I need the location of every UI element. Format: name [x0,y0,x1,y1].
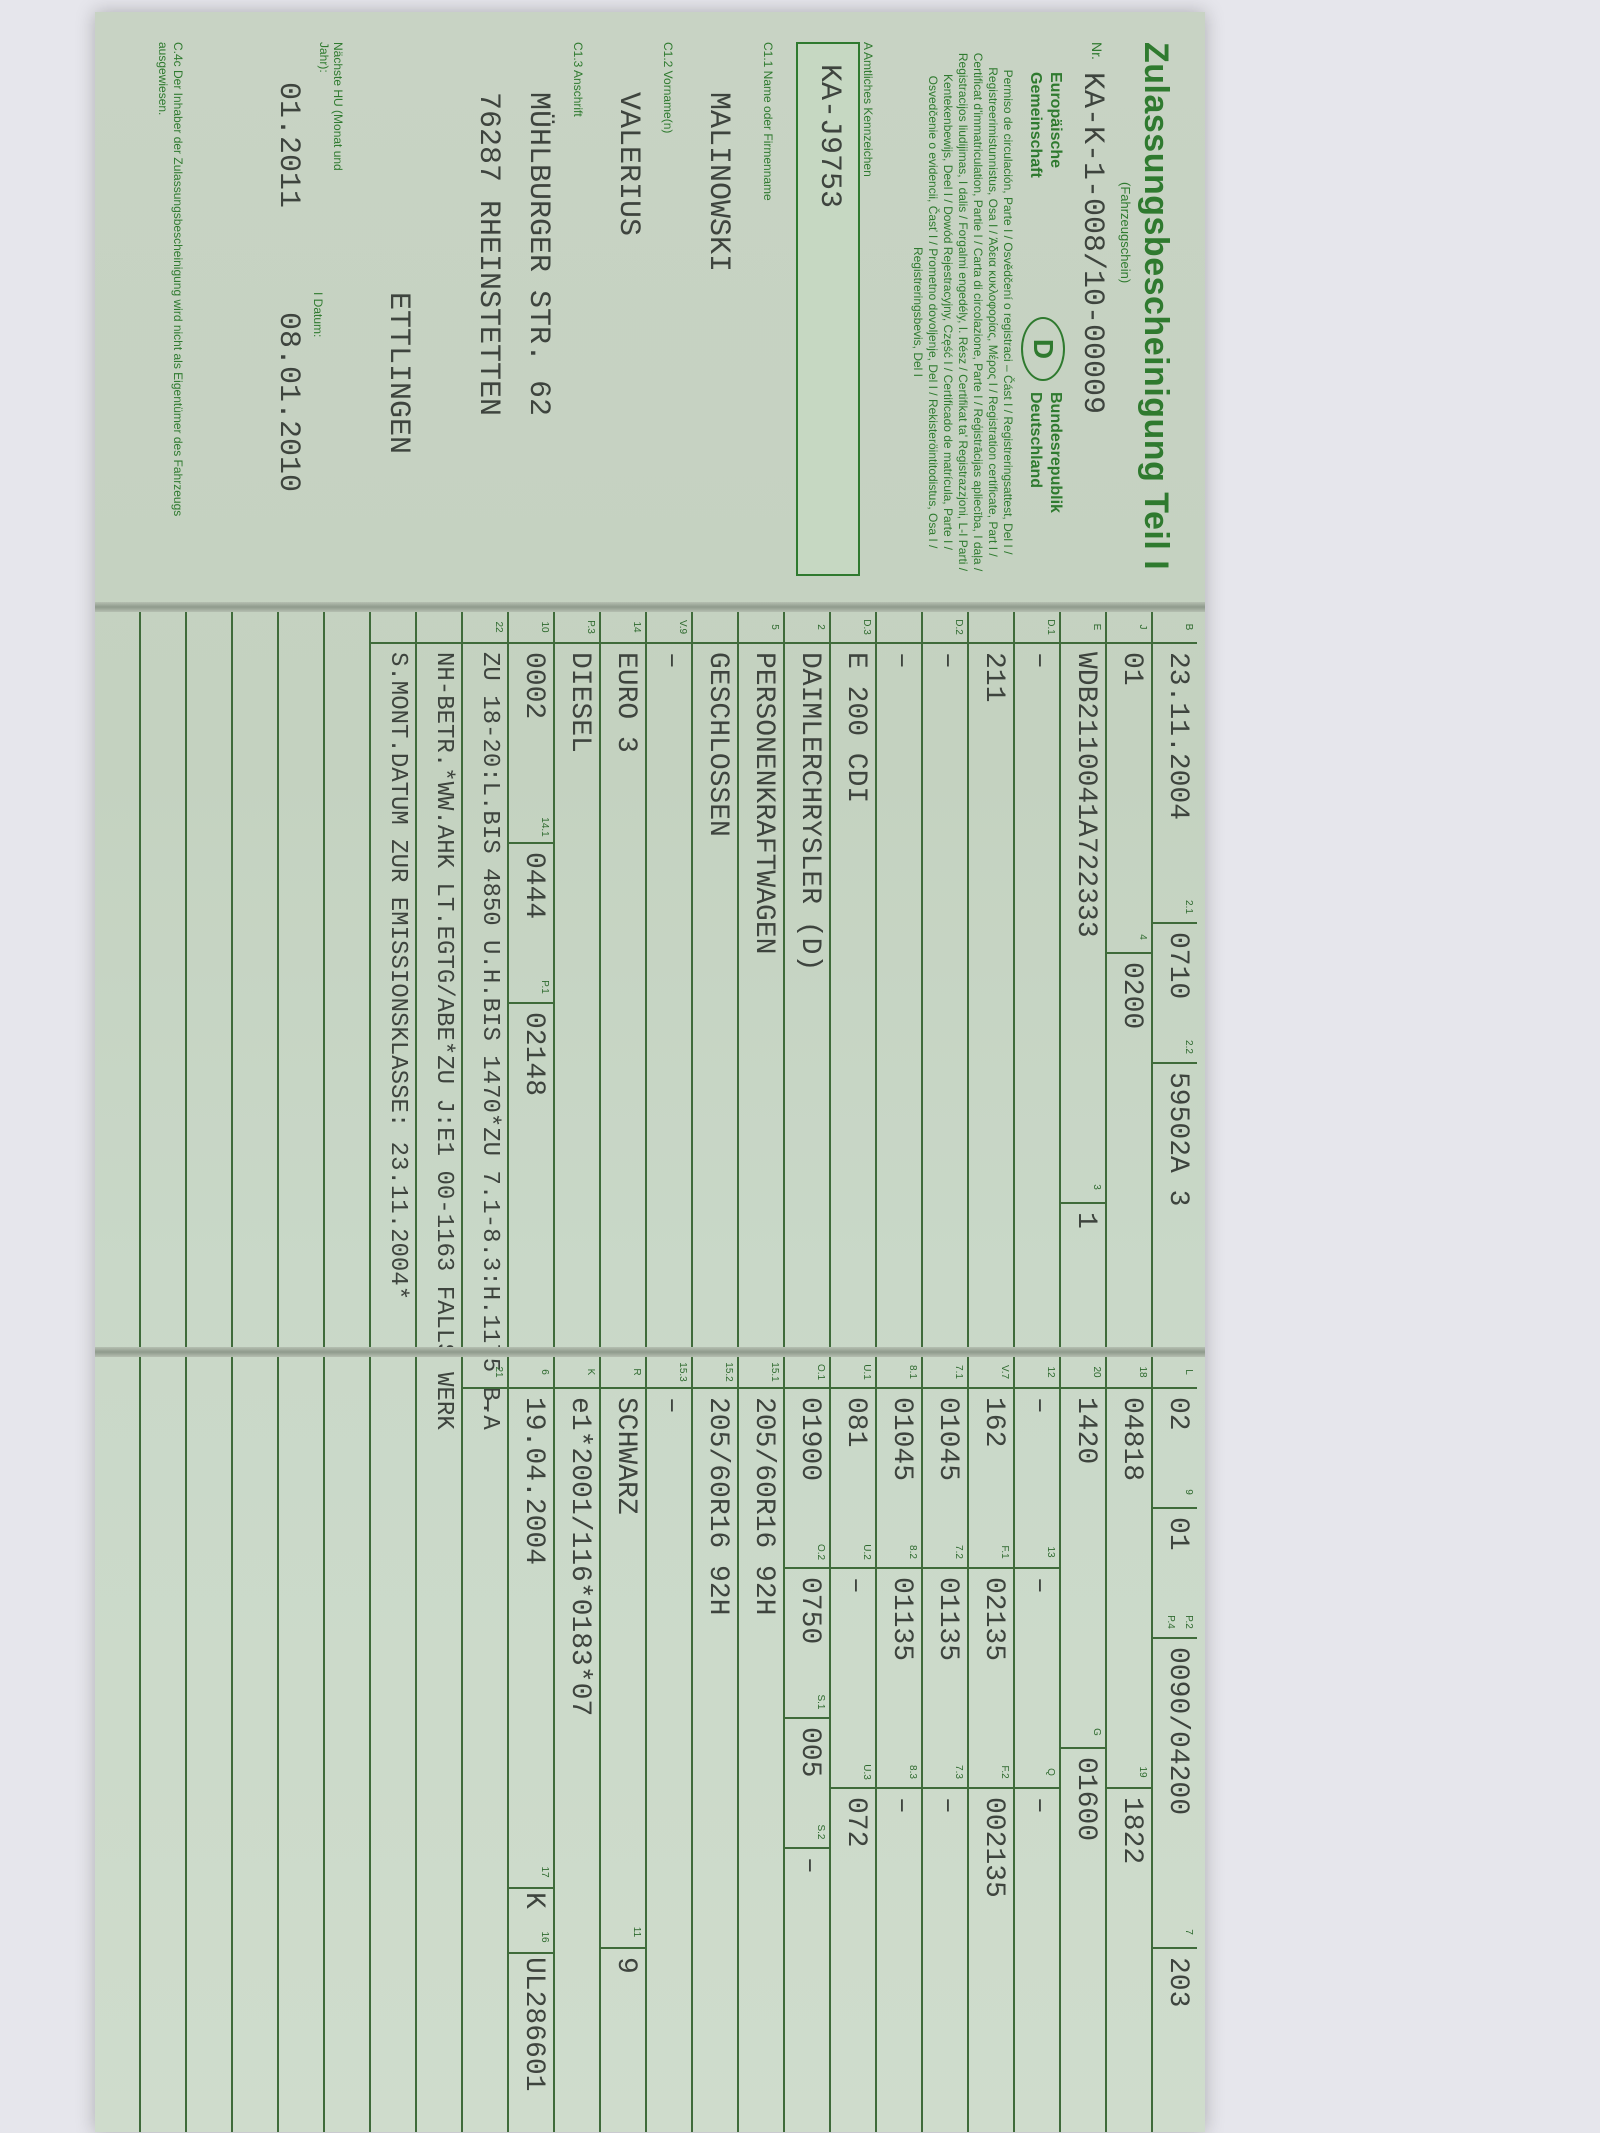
address-line-2: 76287 RHEINSTETTEN [471,92,505,416]
empty-row [323,612,369,1347]
field-row: 619.04.200417K16UL286601 [507,1357,553,2132]
field-value: – [794,1857,825,1874]
holder-firstname: VALERIUS [611,92,645,236]
fold-line [95,1347,1205,1357]
fold-line [95,602,1205,612]
field-row: – [875,612,921,1347]
field-row: 1804818191822 [1105,1357,1151,2132]
field-code: 14 [601,612,645,644]
issuer-country-line: Deutschland [1025,392,1045,513]
field-row: 15.3– [645,1357,691,2132]
field-value: 01045 [886,1397,917,1481]
plate-box: KA-J9753 [796,42,860,576]
field-row: D.2– [921,612,967,1347]
address-line-1: MÜHLBURGER STR. 62 [521,92,555,416]
field-code [417,612,461,644]
field-value: e1*2001/116*0183*07 [564,1397,595,1716]
field-row: 5PERSONENKRAFTWAGEN [737,612,783,1347]
field-code: 16 [509,1922,553,1954]
field-value: 01 [1116,652,1147,686]
field-code: U.1 [831,1357,875,1389]
field-row: 7.1010457.2011357.3– [921,1357,967,2132]
field-row: P.3DIESEL [553,612,599,1347]
document-subtitle: (Fahrzeugschein) [1118,182,1133,283]
field-code: 14.1 [509,812,553,844]
field-value: DIESEL [564,652,595,753]
field-code: Q [1015,1757,1059,1789]
field-value: 211 [978,652,1009,702]
field-code: 7.3 [923,1757,967,1789]
field-row: J0140200 [1105,612,1151,1347]
field-value: – [656,652,687,669]
field-code: 18 [1107,1357,1151,1389]
field-row: 10000214.10444P.102148 [507,612,553,1347]
field-code: 19 [1107,1757,1151,1789]
field-value: WDB2110041A722333 [1070,652,1101,938]
issue-date: 08.01.2010 [271,312,305,492]
country-emblem-icon: D [1021,317,1065,381]
date-label: I Datum: [311,292,325,337]
empty-row [139,1357,185,2132]
field-value: 1420 [1070,1397,1101,1464]
field-code: 7.2 [923,1537,967,1569]
field-value: – [1024,1397,1055,1414]
document-number: KA-K-1-008/10-00009 [1075,72,1109,414]
field-value: 0200 [1116,962,1147,1029]
field-value: 1 [1070,1212,1101,1229]
field-value: – [886,652,917,669]
field-row: 2DAIMLERCHRYSLER (D) [783,612,829,1347]
address-label: C1.3 Anschrift [571,42,585,117]
field-code: V.7 [969,1357,1013,1389]
field-code: F.2 [969,1757,1013,1789]
field-row: RSCHWARZ119 [599,1357,645,2132]
empty-row [277,612,323,1347]
field-code: 8.3 [877,1757,921,1789]
field-value: 0750 [794,1577,825,1644]
field-row: 15.1205/60R16 92H [737,1357,783,2132]
holder-name: MALINOWSKI [701,92,735,272]
field-value: 002135 [978,1797,1009,1898]
remarks-line: NH-BETR.*WW.AHK LT.EGTG/ABE*ZU J:E1 00-1… [430,652,457,1430]
field-row: D.3E 200 CDI [829,612,875,1347]
field-value: 01 [1162,1517,1193,1551]
field-row: V.7162F.102135F.2002135 [967,1357,1013,2132]
field-code [877,612,921,644]
field-value: 23.11.2004 [1162,652,1193,820]
field-code: 6 [509,1357,553,1389]
field-row: 8.1010458.2011358.3– [875,1357,921,2132]
field-row: 211 [967,612,1013,1347]
issuer-country: Bundesrepublik Deutschland [1025,392,1065,513]
field-code: 2 [785,612,829,644]
field-value: PERSONENKRAFTWAGEN [748,652,779,954]
plate-label: A Amtliches Kennzeichen [861,42,875,177]
field-row: EWDB2110041A72233331 [1059,612,1105,1347]
field-row: NH-BETR.*WW.AHK LT.EGTG/ABE*ZU J:E1 00-1… [415,612,461,1347]
field-value: – [886,1797,917,1814]
field-row: S.MONT.DATUM ZUR EMISSIONSKLASSE: 23.11.… [369,612,415,1347]
field-value: 203 [1162,1957,1193,2007]
field-value: – [1024,1797,1055,1814]
multilingual-title: Permiso de circulación, Parte I / Osvědč… [910,42,1015,582]
field-code: S.1 [785,1687,829,1719]
field-code: F.1 [969,1537,1013,1569]
issuer-eu-line: Europäische [1045,72,1065,178]
field-code: 12 [1015,1357,1059,1389]
field-value: 02 [1162,1397,1193,1431]
field-row: Ke1*2001/116*0183*07 [553,1357,599,2132]
field-code: 3 [1061,1172,1105,1204]
empty-row [231,612,277,1347]
field-value: 072 [840,1797,871,1847]
field-code [693,612,737,644]
document-title: Zulassungsbescheinigung Teil I [1136,42,1175,570]
field-value: 162 [978,1397,1009,1447]
license-plate: KA-J9753 [812,64,846,208]
field-row: GESCHLOSSEN [691,612,737,1347]
field-code [371,612,415,644]
owner-note: C.4c Der Inhaber der Zulassungsbescheini… [155,42,185,582]
field-code: 2.1 [1153,892,1197,924]
field-code: 2.2 [1153,1032,1197,1064]
empty-row [185,1357,231,2132]
empty-row [415,1357,461,2132]
field-code: 4 [1107,922,1151,954]
field-code: 15.1 [739,1357,783,1389]
field-code: 8.2 [877,1537,921,1569]
field-value: 01135 [886,1577,917,1661]
field-row: 15.2205/60R16 92H [691,1357,737,2132]
field-code: 8.1 [877,1357,921,1389]
number-label: Nr. [1089,42,1105,60]
field-code: G [1061,1717,1105,1749]
field-code [969,612,1013,644]
field-value: 19.04.2004 [518,1397,549,1565]
field-code: O.2 [785,1537,829,1569]
field-value: – [932,1797,963,1814]
field-value: – [656,1397,687,1414]
field-code: K [555,1357,599,1389]
field-value: – [1024,1577,1055,1594]
field-value: UL286601 [518,1957,549,2091]
field-code: V.9 [647,612,691,644]
field-row: 12–13–Q– [1013,1357,1059,2132]
field-row: B23.11.20042.107102.259502A 3 [1151,612,1197,1347]
field-row: O.101900O.20750S.1005S.2– [783,1357,829,2132]
next-hu: 01.2011 [271,82,305,208]
empty-row [369,1357,415,2132]
field-code: 17 [509,1857,553,1889]
field-value: EURO 3 [610,652,641,753]
technical-panel: L02901P.2 P.40090/042007203 180481819182… [95,1357,1205,2132]
empty-row [277,1357,323,2132]
field-code: P.3 [555,612,599,644]
field-value: – [1024,652,1055,669]
field-row: U.1081U.2–U.3072 [829,1357,875,2132]
issuer-eu-line: Gemeinschaft [1025,72,1045,178]
field-value: 01045 [932,1397,963,1481]
field-code: D.3 [831,612,875,644]
field-value: 9 [610,1957,641,1974]
field-row: V.9– [645,612,691,1347]
field-code: E [1061,612,1105,644]
field-row: 22ZU 18-20:L.BIS 4850 U.H.BIS 1470*ZU 7.… [461,612,507,1347]
field-code: 11 [601,1917,645,1949]
remarks-line: ZU 18-20:L.BIS 4850 U.H.BIS 1470*ZU 7.1-… [476,652,503,1430]
field-code: 21 [463,1357,507,1389]
field-code: S.2 [785,1817,829,1849]
field-code: 20 [1061,1357,1105,1389]
field-row: L02901P.2 P.40090/042007203 [1151,1357,1197,2132]
field-code: J [1107,612,1151,644]
field-value: 01600 [1070,1757,1101,1841]
field-value: 0444 [518,852,549,919]
field-code: R [601,1357,645,1389]
field-code: U.3 [831,1757,875,1789]
field-value: – [932,652,963,669]
vehicle-panel: B23.11.20042.107102.259502A 3 J0140200 E… [95,612,1205,1347]
field-row: 201420G01600 [1059,1357,1105,2132]
field-code: L [1153,1357,1197,1389]
field-value: 02148 [518,1012,549,1096]
field-value: DAIMLERCHRYSLER (D) [794,652,825,971]
field-value: 205/60R16 92H [748,1397,779,1615]
issuer-eu: Europäische Gemeinschaft [1025,72,1065,178]
field-code: B [1153,612,1197,644]
field-code: 5 [739,612,783,644]
field-code: 15.2 [693,1357,737,1389]
field-code: 13 [1015,1537,1059,1569]
field-value: SCHWARZ [610,1397,641,1515]
field-value: – [840,1577,871,1594]
field-code: 7.1 [923,1357,967,1389]
firstname-label: C1.2 Vorname(n) [661,42,675,133]
field-code: 22 [463,612,507,644]
holder-panel: Zulassungsbescheinigung Teil I (Fahrzeug… [95,12,1205,602]
field-value: 1822 [1116,1797,1147,1864]
field-code: O.1 [785,1357,829,1389]
field-value: 0710 [1162,932,1193,999]
field-code: 10 [509,612,553,644]
name-label: C1.1 Name oder Firmenname [761,42,775,201]
field-value: 04818 [1116,1397,1147,1481]
issuer-country-line: Bundesrepublik [1045,392,1065,513]
empty-row [323,1357,369,2132]
field-value: 205/60R16 92H [702,1397,733,1615]
field-value: 59502A 3 [1162,1072,1193,1206]
field-value: 0090/04200 [1162,1647,1193,1815]
field-row: 21– [461,1357,507,2132]
field-code: D.2 [923,612,967,644]
next-hu-label: Nächste HU (Monat und Jahr): [317,42,345,172]
empty-row [231,1357,277,2132]
field-code: 7 [1153,1917,1197,1949]
empty-row [139,612,185,1347]
field-value: K [518,1892,549,1909]
field-value: 005 [794,1727,825,1777]
field-code: 9 [1153,1477,1197,1509]
field-code: U.2 [831,1537,875,1569]
field-code: D.1 [1015,612,1059,644]
remarks-line: S.MONT.DATUM ZUR EMISSIONSKLASSE: 23.11.… [384,652,411,1300]
field-value: GESCHLOSSEN [702,652,733,837]
issue-place: ETTLINGEN [381,292,415,454]
field-row: 14EURO 3 [599,612,645,1347]
field-value: 081 [840,1397,871,1447]
field-value: 01135 [932,1577,963,1661]
field-value: 01900 [794,1397,825,1481]
field-code: 15.3 [647,1357,691,1389]
field-row: D.1– [1013,612,1059,1347]
field-code: P.2 P.4 [1153,1607,1197,1639]
empty-row [185,612,231,1347]
field-code: P.1 [509,972,553,1004]
field-value: E 200 CDI [840,652,871,803]
vehicle-registration-document: Zulassungsbescheinigung Teil I (Fahrzeug… [95,12,1205,2132]
field-value: – [472,1397,503,1414]
field-value: 0002 [518,652,549,719]
field-value: 02135 [978,1577,1009,1661]
